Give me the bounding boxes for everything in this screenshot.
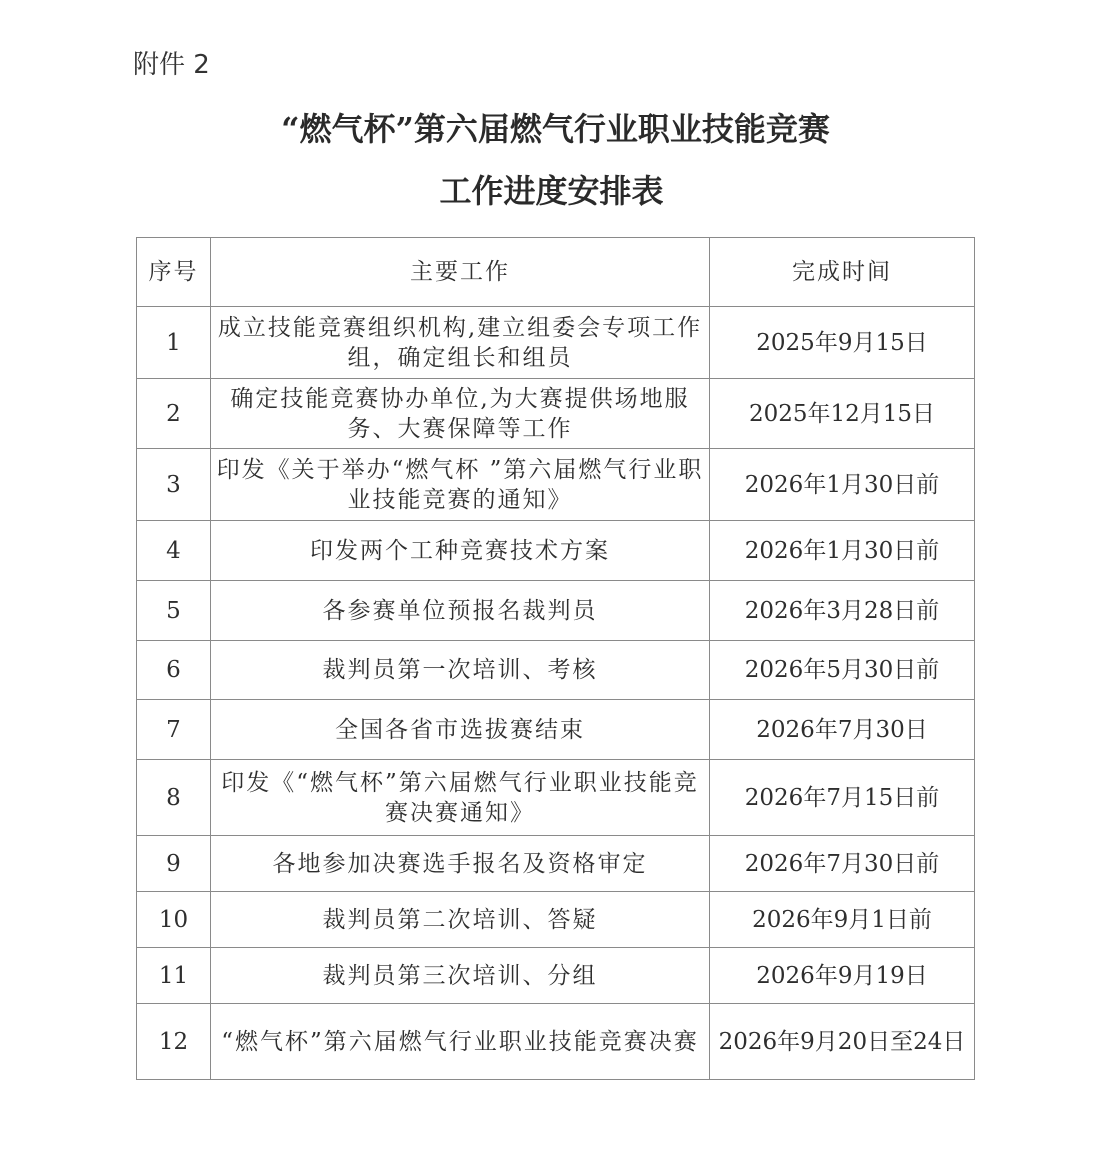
row-date: 2026年9月20日至24日 xyxy=(710,1004,975,1080)
row-work: 裁判员第一次培训、考核 xyxy=(211,641,710,700)
row-no: 5 xyxy=(137,581,211,641)
row-date: 2026年1月30日前 xyxy=(710,521,975,581)
row-no: 4 xyxy=(137,521,211,581)
row-date: 2026年7月30日前 xyxy=(710,836,975,892)
row-work: 各参赛单位预报名裁判员 xyxy=(211,581,710,641)
table-row: 5 各参赛单位预报名裁判员 2026年3月28日前 xyxy=(137,581,975,641)
schedule-table: 序号 主要工作 完成时间 1 成立技能竞赛组织机构,建立组委会专项工作组，确定组… xyxy=(136,237,975,1080)
row-date: 2025年12月15日 xyxy=(710,379,975,449)
row-work: 各地参加决赛选手报名及资格审定 xyxy=(211,836,710,892)
document-title: “燃气杯”第六届燃气行业职业技能竞赛 xyxy=(0,104,1103,150)
row-date: 2025年9月15日 xyxy=(710,307,975,379)
row-work: 印发两个工种竞赛技术方案 xyxy=(211,521,710,581)
row-work: 裁判员第二次培训、答疑 xyxy=(211,892,710,948)
row-work: 成立技能竞赛组织机构,建立组委会专项工作组，确定组长和组员 xyxy=(211,307,710,379)
table-row: 2 确定技能竞赛协办单位,为大赛提供场地服务、大赛保障等工作 2025年12月1… xyxy=(137,379,975,449)
table-row: 7 全国各省市选拔赛结束 2026年7月30日 xyxy=(137,700,975,760)
table-row: 6 裁判员第一次培训、考核 2026年5月30日前 xyxy=(137,641,975,700)
row-date: 2026年3月28日前 xyxy=(710,581,975,641)
table-header-row: 序号 主要工作 完成时间 xyxy=(137,238,975,307)
row-no: 6 xyxy=(137,641,211,700)
row-no: 11 xyxy=(137,948,211,1004)
row-work: 裁判员第三次培训、分组 xyxy=(211,948,710,1004)
table-row: 3 印发《关于举办“燃气杯 ”第六届燃气行业职业技能竞赛的通知》 2026年1月… xyxy=(137,449,975,521)
row-no: 7 xyxy=(137,700,211,760)
row-no: 12 xyxy=(137,1004,211,1080)
row-no: 1 xyxy=(137,307,211,379)
attachment-label: 附件 2 xyxy=(133,44,210,81)
row-date: 2026年9月1日前 xyxy=(710,892,975,948)
row-no: 2 xyxy=(137,379,211,449)
table-row: 1 成立技能竞赛组织机构,建立组委会专项工作组，确定组长和组员 2025年9月1… xyxy=(137,307,975,379)
row-no: 10 xyxy=(137,892,211,948)
document-subtitle: 工作进度安排表 xyxy=(0,166,1103,212)
row-work: 确定技能竞赛协办单位,为大赛提供场地服务、大赛保障等工作 xyxy=(211,379,710,449)
row-work: 印发《关于举办“燃气杯 ”第六届燃气行业职业技能竞赛的通知》 xyxy=(211,449,710,521)
row-work: 全国各省市选拔赛结束 xyxy=(211,700,710,760)
header-date: 完成时间 xyxy=(710,238,975,307)
row-no: 8 xyxy=(137,760,211,836)
row-date: 2026年9月19日 xyxy=(710,948,975,1004)
table-row: 12 “燃气杯”第六届燃气行业职业技能竞赛决赛 2026年9月20日至24日 xyxy=(137,1004,975,1080)
row-no: 3 xyxy=(137,449,211,521)
table-row: 11 裁判员第三次培训、分组 2026年9月19日 xyxy=(137,948,975,1004)
table-row: 10 裁判员第二次培训、答疑 2026年9月1日前 xyxy=(137,892,975,948)
row-date: 2026年7月30日 xyxy=(710,700,975,760)
row-date: 2026年5月30日前 xyxy=(710,641,975,700)
row-no: 9 xyxy=(137,836,211,892)
row-date: 2026年1月30日前 xyxy=(710,449,975,521)
row-date: 2026年7月15日前 xyxy=(710,760,975,836)
table-row: 9 各地参加决赛选手报名及资格审定 2026年7月30日前 xyxy=(137,836,975,892)
header-no: 序号 xyxy=(137,238,211,307)
table-row: 8 印发《“燃气杯”第六届燃气行业职业技能竞赛决赛通知》 2026年7月15日前 xyxy=(137,760,975,836)
header-work: 主要工作 xyxy=(211,238,710,307)
table-row: 4 印发两个工种竞赛技术方案 2026年1月30日前 xyxy=(137,521,975,581)
row-work: “燃气杯”第六届燃气行业职业技能竞赛决赛 xyxy=(211,1004,710,1080)
row-work: 印发《“燃气杯”第六届燃气行业职业技能竞赛决赛通知》 xyxy=(211,760,710,836)
